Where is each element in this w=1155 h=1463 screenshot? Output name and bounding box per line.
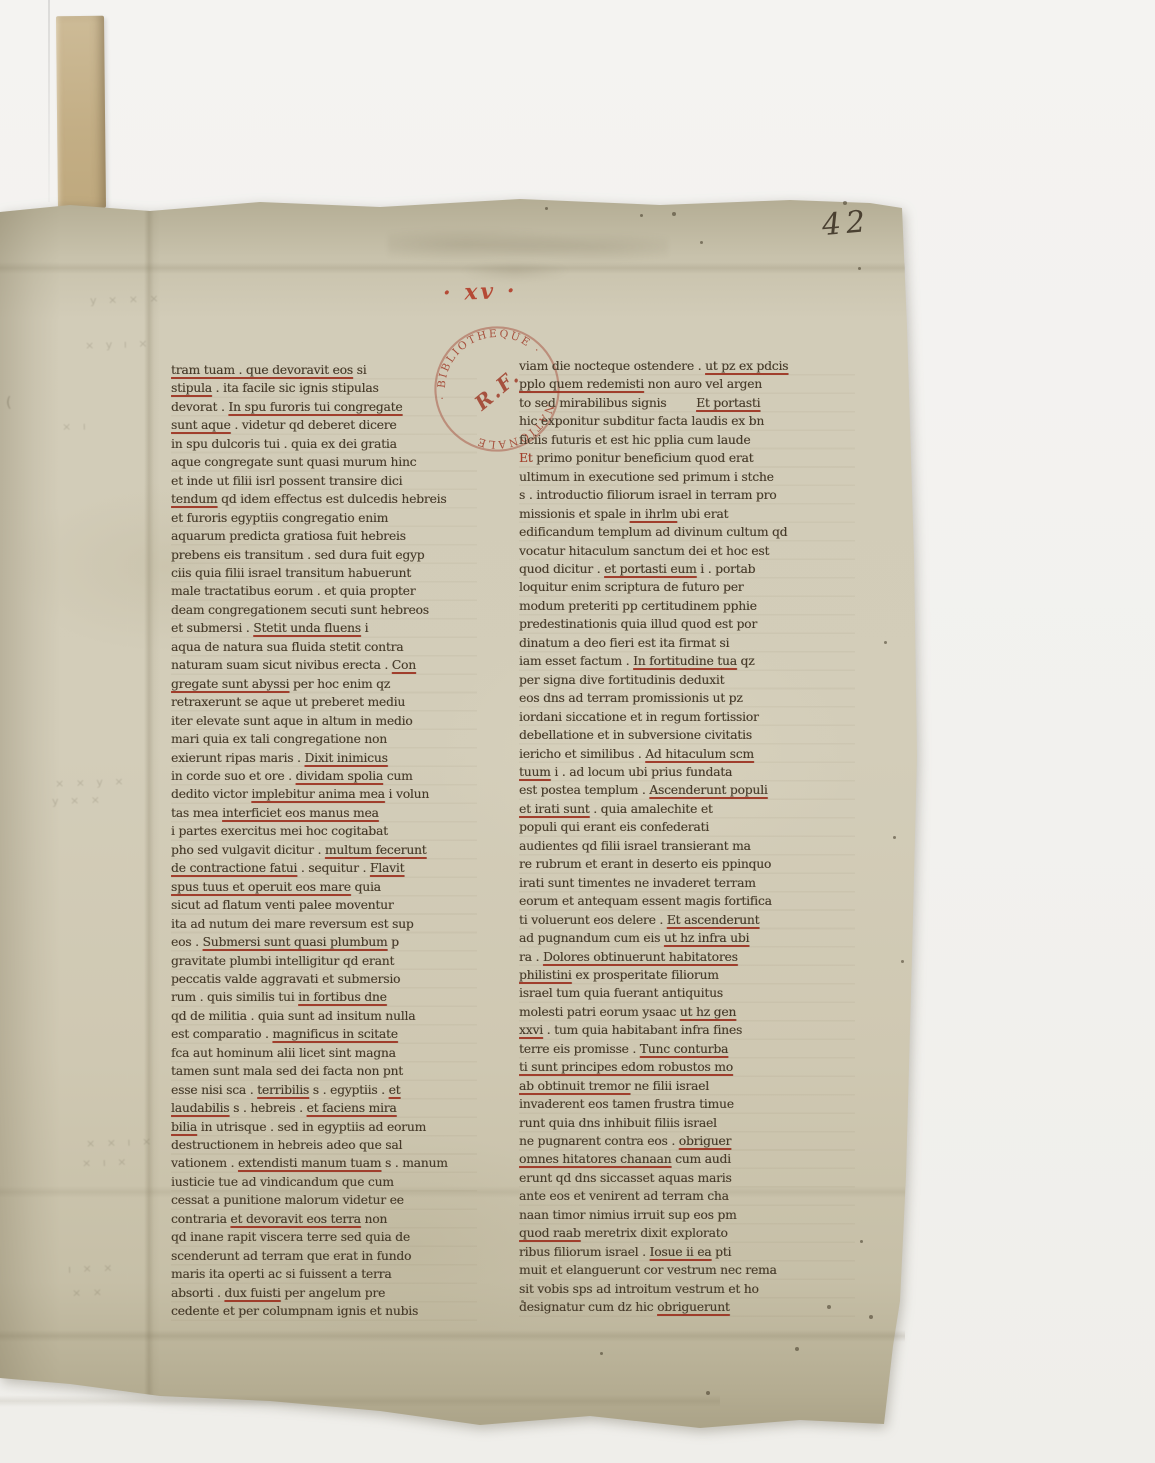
manuscript-line: sit vobis sps ad introitum vestrum et ho xyxy=(519,1280,855,1298)
script-text: ciis quia filii israel transitum habueru… xyxy=(171,566,411,580)
manuscript-line: xxvi . tum quia habitabant infra fines xyxy=(519,1021,855,1039)
script-text: eorum et antequam essent magis fortifica xyxy=(519,894,772,908)
script-text: israel tum quia fuerant antiquitus xyxy=(519,986,723,1000)
manuscript-line: aquarum predicta gratiosa fuit hebreis xyxy=(171,527,477,545)
lemma-underlined: Con xyxy=(392,658,416,672)
manuscript-line: qd inane rapit viscera terre sed quia de xyxy=(171,1228,477,1246)
script-text: hic exponitur subditur facta laudis ex b… xyxy=(519,414,764,428)
ink-speck xyxy=(521,1300,524,1303)
script-text: absorti . xyxy=(171,1286,224,1300)
lemma-underlined: et faciens mira xyxy=(307,1101,397,1115)
manuscript-line: aqua de natura sua fluida stetit contra xyxy=(171,638,477,656)
manuscript-line: sunt aque . videtur qd deberet dicere xyxy=(171,416,477,434)
script-text: per hoc enim qz xyxy=(289,677,390,691)
manuscript-line: ti voluerunt eos delere . Et ascenderunt xyxy=(519,911,855,929)
margin-offset-mark: × ı × xyxy=(82,1155,131,1170)
manuscript-line: predestinationis quia illud quod est por xyxy=(519,615,855,633)
margin-offset-mark: ( xyxy=(6,395,16,411)
script-text: s . egyptiis . xyxy=(309,1083,389,1097)
manuscript-line: ad pugnandum cum eis ut hz infra ubi xyxy=(519,929,855,947)
script-text: modum preteriti pp certitudinem pphie xyxy=(519,599,757,613)
manuscript-line: populi qui erant eis confederati xyxy=(519,818,855,836)
ink-speck xyxy=(700,241,703,244)
manuscript-line: laudabilis s . hebreis . et faciens mira xyxy=(171,1099,477,1117)
script-text: in corde suo et ore . xyxy=(171,769,296,783)
manuscript-line: erunt qd dns siccasset aquas maris xyxy=(519,1169,855,1187)
script-text: cessat a punitione malorum videtur ee xyxy=(171,1193,404,1207)
manuscript-line: dinatum a deo fieri est ita firmat si xyxy=(519,634,855,652)
lemma-underlined: de contractione fatui xyxy=(171,861,297,875)
script-text: destructionem in hebreis adeo que sal xyxy=(171,1138,402,1152)
script-text: i volun xyxy=(385,787,429,801)
script-text: per angelum pre xyxy=(281,1286,386,1300)
manuscript-line: in corde suo et ore . dividam spolia cum xyxy=(171,767,477,785)
manuscript-line: iericho et similibus . Ad hitaculum scm xyxy=(519,745,855,763)
manuscript-line: terre eis promisse . Tunc conturba xyxy=(519,1040,855,1058)
script-text: i partes exercitus mei hoc cogitabat xyxy=(171,824,388,838)
script-text: ribus filiorum israel . xyxy=(519,1245,650,1259)
script-text: pti xyxy=(711,1245,731,1259)
script-text: deam congregationem secuti sunt hebreos xyxy=(171,603,429,617)
manuscript-line: quod raab meretrix dixit explorato xyxy=(519,1224,855,1242)
script-text: viam die nocteque ostendere . xyxy=(519,359,705,373)
text-column-left: tram tuam . que devoravit eos sistipula … xyxy=(171,361,477,1323)
manuscript-line: gregate sunt abyssi per hoc enim qz xyxy=(171,675,477,693)
lemma-underlined: tuum xyxy=(519,765,551,779)
manuscript-line: vationem . extendisti manum tuam s . man… xyxy=(171,1154,477,1172)
manuscript-line: runt quia dns inhibuit filiis israel xyxy=(519,1114,855,1132)
manuscript-line: ti sunt principes edom robustos mo xyxy=(519,1058,855,1076)
manuscript-line: et submersi . Stetit unda fluens i xyxy=(171,619,477,637)
manuscript-line: s . introductio filiorum israel in terra… xyxy=(519,486,855,504)
script-text: . quia amalechite et xyxy=(590,802,713,816)
lemma-underlined: philistini xyxy=(519,968,572,982)
script-text: primo ponitur beneficium quod erat xyxy=(533,451,754,465)
lemma-underlined: in fortibus dne xyxy=(298,990,387,1004)
ink-speck xyxy=(827,1305,831,1309)
script-text: predestinationis quia illud quod est por xyxy=(519,617,757,631)
lemma-underlined: Tunc conturba xyxy=(640,1042,728,1056)
manuscript-line: iusticie tue ad vindicandum que cum xyxy=(171,1173,477,1191)
manuscript-line: tas mea interficiet eos manus mea xyxy=(171,804,477,822)
manuscript-line: ne pugnarent contra eos . obriguer xyxy=(519,1132,855,1150)
lemma-underlined: In fortitudine tua xyxy=(633,654,737,668)
manuscript-line: audientes qd filii israel transierant ma xyxy=(519,837,855,855)
manuscript-line: naturam suam sicut nivibus erecta . Con xyxy=(171,656,477,674)
script-text: molesti patri eorum ysaac xyxy=(519,1005,680,1019)
lemma-underlined: xxvi xyxy=(519,1023,543,1037)
script-text: non xyxy=(361,1212,387,1226)
ink-speck xyxy=(901,960,904,963)
script-text: in utrisque . sed in egyptiis ad eorum xyxy=(197,1120,426,1134)
script-text: si xyxy=(353,363,367,377)
manuscript-line: muit et elanguerunt cor vestrum nec rema xyxy=(519,1261,855,1279)
manuscript-scan-page: 42 · xv · · BIBLIOTHEQUE · NATIONALE R.F… xyxy=(0,0,1155,1463)
horizontal-crease xyxy=(0,1395,720,1407)
manuscript-line: eos . Submersi sunt quasi plumbum p xyxy=(171,933,477,951)
manuscript-line: esse nisi sca . terribilis s . egyptiis … xyxy=(171,1081,477,1099)
script-text: missionis et spale xyxy=(519,507,630,521)
manuscript-line: vocatur hitaculum sanctum dei et hoc est xyxy=(519,542,855,560)
script-text: aque congregate sunt quasi murum hinc xyxy=(171,455,416,469)
ink-speck xyxy=(640,214,643,217)
manuscript-line: re rubrum et erant in deserto eis ppinqu… xyxy=(519,855,855,873)
ink-speck xyxy=(869,1315,873,1319)
script-text: terre eis promisse . xyxy=(519,1042,640,1056)
script-text: vationem . xyxy=(171,1156,238,1170)
script-text: erunt qd dns siccasset aquas maris xyxy=(519,1171,732,1185)
script-text: scenderunt ad terram que erat in fundo xyxy=(171,1249,411,1263)
script-text: ficiis futuris et est hic pplia cum laud… xyxy=(519,433,750,447)
ink-speck xyxy=(860,1240,863,1243)
lemma-underlined: Stetit unda fluens xyxy=(253,621,361,635)
manuscript-line: ficiis futuris et est hic pplia cum laud… xyxy=(519,431,855,449)
script-text: naturam suam sicut nivibus erecta . xyxy=(171,658,392,672)
manuscript-line: ribus filiorum israel . Iosue ii ea pti xyxy=(519,1243,855,1261)
manuscript-line: pho sed vulgavit dicitur . multum feceru… xyxy=(171,841,477,859)
margin-offset-mark: × × xyxy=(72,1285,106,1299)
manuscript-line: in spu dulcoris tui . quia ex dei gratia xyxy=(171,435,477,453)
script-text: loquitur enim scriptura de futuro per xyxy=(519,580,743,594)
manuscript-line: cessat a punitione malorum videtur ee xyxy=(171,1191,477,1209)
manuscript-line: ciis quia filii israel transitum habueru… xyxy=(171,564,477,582)
lemma-underlined: terribilis xyxy=(257,1083,309,1097)
manuscript-line: molesti patri eorum ysaac ut hz gen xyxy=(519,1003,855,1021)
margin-offset-mark: × ı xyxy=(62,420,90,434)
script-text: qd inane rapit viscera terre sed quia de xyxy=(171,1230,410,1244)
script-text: aqua de natura sua fluida stetit contra xyxy=(171,640,403,654)
manuscript-line: iordani siccatione et in regum fortissio… xyxy=(519,708,855,726)
manuscript-line: male tractatibus eorum . et quia propter xyxy=(171,582,477,600)
manuscript-line: hic exponitur subditur facta laudis ex b… xyxy=(519,412,855,430)
script-text: in spu dulcoris tui . quia ex dei gratia xyxy=(171,437,397,451)
lemma-underlined: Iosue ii ea xyxy=(650,1245,712,1259)
script-text: qd idem effectus est dulcedis hebreis xyxy=(217,492,446,506)
manuscript-line: tendum qd idem effectus est dulcedis heb… xyxy=(171,490,477,508)
manuscript-line: est postea templum . Ascenderunt populi xyxy=(519,781,855,799)
script-text: . videtur qd deberet dicere xyxy=(231,418,397,432)
text-column-right: viam die nocteque ostendere . ut pz ex p… xyxy=(519,357,855,1323)
ink-speck xyxy=(893,836,896,839)
script-text: ultimum in executione sed primum i stche xyxy=(519,470,774,484)
script-text: contraria xyxy=(171,1212,230,1226)
manuscript-line: quod dicitur . et portasti eum i . porta… xyxy=(519,560,855,578)
script-text: meretrix dixit explorato xyxy=(581,1226,728,1240)
script-text: rum . quis similis tui xyxy=(171,990,298,1004)
script-text: irati sunt timentes ne invaderet terram xyxy=(519,876,756,890)
lemma-underlined: dividam spolia xyxy=(296,769,383,783)
script-text: cedente et per columpnam ignis et nubis xyxy=(171,1304,418,1318)
lemma-underlined: et devoravit eos terra xyxy=(230,1212,360,1226)
manuscript-line: rum . quis similis tui in fortibus dne xyxy=(171,988,477,1006)
lemma-underlined: obriguerunt xyxy=(657,1300,730,1314)
chapter-numeral-rubric: · xv · xyxy=(443,278,518,307)
script-text: peccatis valde aggravati et submersio xyxy=(171,972,400,986)
margin-offset-mark: ı × × xyxy=(68,1261,117,1276)
script-text: ra . xyxy=(519,950,543,964)
manuscript-line: tram tuam . que devoravit eos si xyxy=(171,361,477,379)
ink-speck xyxy=(795,1347,799,1351)
manuscript-line: israel tum quia fuerant antiquitus xyxy=(519,984,855,1002)
manuscript-line: to sed mirabilibus signis Et portasti xyxy=(519,394,855,412)
script-text: p xyxy=(387,935,398,949)
manuscript-line: spus tuus et operuit eos mare quia xyxy=(171,878,477,896)
lemma-underlined: et xyxy=(389,1083,401,1097)
lemma-underlined: et portasti eum xyxy=(604,562,697,576)
folio-number: 42 xyxy=(821,204,872,243)
manuscript-line: missionis et spale in ihrlm ubi erat xyxy=(519,505,855,523)
manuscript-line: edificandum templum ad divinum cultum qd xyxy=(519,523,855,541)
lemma-underlined: obriguer xyxy=(679,1134,731,1148)
script-text: runt quia dns inhibuit filiis israel xyxy=(519,1116,717,1130)
script-text: edificandum templum ad divinum cultum qd xyxy=(519,525,787,539)
script-text: maris ita operti ac si fuissent a terra xyxy=(171,1267,391,1281)
manuscript-line: sicut ad flatum venti palee moventur xyxy=(171,896,477,914)
manuscript-line: absorti . dux fuisti per angelum pre xyxy=(171,1284,477,1302)
lemma-underlined: magnificus in scitate xyxy=(272,1027,397,1041)
script-text: ne pugnarent contra eos . xyxy=(519,1134,679,1148)
script-text: s . hebreis . xyxy=(229,1101,306,1115)
script-text: debellatione et in subversione civitatis xyxy=(519,728,752,742)
manuscript-line: irati sunt timentes ne invaderet terram xyxy=(519,874,855,892)
lemma-underlined: ut hz infra ubi xyxy=(664,931,749,945)
ink-speck xyxy=(600,1352,603,1355)
script-text: i . portab xyxy=(697,562,756,576)
script-text: prebens eis transitum . sed dura fuit eg… xyxy=(171,548,424,562)
script-text: est postea templum . xyxy=(519,783,649,797)
manuscript-line: scenderunt ad terram que erat in fundo xyxy=(171,1247,477,1265)
manuscript-line: eorum et antequam essent magis fortifica xyxy=(519,892,855,910)
script-text: ti voluerunt eos delere . xyxy=(519,913,667,927)
script-text: i . ad locum ubi prius fundata xyxy=(551,765,733,779)
script-text: qd de militia . quia sunt ad insitum nul… xyxy=(171,1009,415,1023)
script-text: . tum quia habitabant infra fines xyxy=(543,1023,742,1037)
script-text: cum audi xyxy=(671,1152,731,1166)
stamp-center-text: R.F. xyxy=(469,364,525,416)
lemma-underlined: tendum xyxy=(171,492,217,506)
manuscript-line: stipula . ita facile sic ignis stipulas xyxy=(171,379,477,397)
script-text: . sequitur . xyxy=(297,861,370,875)
manuscript-line: de contractione fatui . sequitur . Flavi… xyxy=(171,859,477,877)
lemma-underlined: pplo quem redemisti xyxy=(519,377,644,391)
script-text: et submersi . xyxy=(171,621,253,635)
script-text: et furoris egyptiis congregatio enim xyxy=(171,511,388,525)
script-text: per signa dive fortitudinis deduxit xyxy=(519,673,724,687)
margin-offset-mark: × y ı × xyxy=(85,337,152,352)
lemma-underlined: interficiet eos manus mea xyxy=(222,806,379,820)
manuscript-line: i partes exercitus mei hoc cogitabat xyxy=(171,822,477,840)
script-text: invaderent eos tamen frustra timue xyxy=(519,1097,734,1111)
script-text: ante eos et venirent ad terram cha xyxy=(519,1189,729,1203)
ink-speck xyxy=(858,267,861,270)
lemma-underlined: Ascenderunt populi xyxy=(649,783,767,797)
script-text: esse nisi sca . xyxy=(171,1083,257,1097)
script-text: dinatum a deo fieri est ita firmat si xyxy=(519,636,729,650)
manuscript-line: iter elevate sunt aque in altum in medio xyxy=(171,712,477,730)
script-text: exierunt ripas maris . xyxy=(171,751,304,765)
script-text: retraxerunt se aque ut preberet mediu xyxy=(171,695,405,709)
manuscript-line: dedito victor implebitur anima mea i vol… xyxy=(171,785,477,803)
script-text: non auro vel argen xyxy=(644,377,762,391)
script-text: iordani siccatione et in regum fortissio… xyxy=(519,710,759,724)
manuscript-line: exierunt ripas maris . Dixit inimicus xyxy=(171,749,477,767)
script-text: i xyxy=(361,621,368,635)
manuscript-line: ab obtinuit tremor ne filii israel xyxy=(519,1077,855,1095)
lemma-underlined: laudabilis xyxy=(171,1101,229,1115)
script-text: s . manum xyxy=(381,1156,447,1170)
ink-speck xyxy=(672,212,676,216)
script-text: muit et elanguerunt cor vestrum nec rema xyxy=(519,1263,777,1277)
manuscript-line: qd de militia . quia sunt ad insitum nul… xyxy=(171,1007,477,1025)
manuscript-line: debellatione et in subversione civitatis xyxy=(519,726,855,744)
script-text: qz xyxy=(737,654,755,668)
script-text: vocatur hitaculum sanctum dei et hoc est xyxy=(519,544,769,558)
script-text: devorat . xyxy=(171,400,228,414)
script-text: ita ad nutum dei mare reversum est sup xyxy=(171,917,414,931)
manuscript-line: Et primo ponitur beneficium quod erat xyxy=(519,449,855,467)
lemma-underlined: Flavit xyxy=(370,861,404,875)
parchment-guard-tab xyxy=(56,16,106,208)
manuscript-line: devorat . In spu furoris tui congregate xyxy=(171,398,477,416)
manuscript-line: et irati sunt . quia amalechite et xyxy=(519,800,855,818)
script-text: ad pugnandum cum eis xyxy=(519,931,664,945)
lemma-underlined: In spu furoris tui congregate xyxy=(228,400,402,414)
lemma-underlined: in ihrlm xyxy=(630,507,678,521)
lemma-underlined: bilia xyxy=(171,1120,197,1134)
manuscript-line: ita ad nutum dei mare reversum est sup xyxy=(171,915,477,933)
script-text: designatur cum dz hic xyxy=(519,1300,657,1314)
manuscript-line: tamen sunt mala sed dei facta non pnt xyxy=(171,1062,477,1080)
manuscript-line: loquitur enim scriptura de futuro per xyxy=(519,578,855,596)
lemma-underlined: gregate sunt abyssi xyxy=(171,677,289,691)
manuscript-line: ra . Dolores obtinuerunt habitatores xyxy=(519,948,855,966)
script-text: mari quia ex tali congregatione non xyxy=(171,732,387,746)
lemma-underlined: et irati sunt xyxy=(519,802,590,816)
lemma-underlined: sunt aque xyxy=(171,418,231,432)
script-text: naan timor nimius irruit sup eos pm xyxy=(519,1208,737,1222)
manuscript-line: modum preteriti pp certitudinem pphie xyxy=(519,597,855,615)
manuscript-line: tuum i . ad locum ubi prius fundata xyxy=(519,763,855,781)
script-text: dedito victor xyxy=(171,787,251,801)
script-text: s . introductio filiorum israel in terra… xyxy=(519,488,776,502)
manuscript-line: destructionem in hebreis adeo que sal xyxy=(171,1136,477,1154)
lemma-underlined: ut hz gen xyxy=(680,1005,736,1019)
script-text: populi qui erant eis confederati xyxy=(519,820,709,834)
lemma-underlined: quod raab xyxy=(519,1226,581,1240)
lemma-underlined: spus tuus et operuit eos mare xyxy=(171,880,351,894)
manuscript-line: et inde ut filii isrl possent transire d… xyxy=(171,472,477,490)
lemma-underlined: Ad hitaculum scm xyxy=(645,747,754,761)
manuscript-line: et furoris egyptiis congregatio enim xyxy=(171,509,477,527)
script-text: gravitate plumbi intelligitur qd erant xyxy=(171,954,394,968)
ink-speck xyxy=(706,1391,710,1395)
lemma-underlined: dux fuisti xyxy=(224,1286,280,1300)
ink-speck xyxy=(884,641,887,644)
lemma-underlined: Et portasti xyxy=(696,396,760,410)
script-text: et inde ut filii isrl possent transire d… xyxy=(171,474,402,488)
manuscript-line: retraxerunt se aque ut preberet mediu xyxy=(171,693,477,711)
manuscript-line: viam die nocteque ostendere . ut pz ex p… xyxy=(519,357,855,375)
script-text: ex prosperitate filiorum xyxy=(572,968,719,982)
lemma-underlined: ut pz ex pdcis xyxy=(705,359,788,373)
script-text: to sed mirabilibus signis xyxy=(519,396,696,410)
lemma-underlined: Et ascenderunt xyxy=(667,913,760,927)
manuscript-line: philistini ex prosperitate filiorum xyxy=(519,966,855,984)
script-text: iam esset factum . xyxy=(519,654,633,668)
script-text: quia xyxy=(351,880,381,894)
script-text: tamen sunt mala sed dei facta non pnt xyxy=(171,1064,403,1078)
script-text: audientes qd filii israel transierant ma xyxy=(519,839,751,853)
manuscript-line: invaderent eos tamen frustra timue xyxy=(519,1095,855,1113)
margin-offset-mark: × × y × xyxy=(55,775,128,791)
manuscript-line: ultimum in executione sed primum i stche xyxy=(519,468,855,486)
manuscript-line: aque congregate sunt quasi murum hinc xyxy=(171,453,477,471)
script-text: male tractatibus eorum . et quia propter xyxy=(171,584,415,598)
manuscript-line: est comparatio . magnificus in scitate xyxy=(171,1025,477,1043)
ink-speck xyxy=(545,207,548,210)
script-text: ne filii israel xyxy=(630,1079,709,1093)
ink-speck xyxy=(843,201,847,205)
script-text: pho sed vulgavit dicitur . xyxy=(171,843,325,857)
manuscript-line: fca aut hominum alii licet sint magna xyxy=(171,1044,477,1062)
manuscript-line: pplo quem redemisti non auro vel argen xyxy=(519,375,855,393)
script-text: aquarum predicta gratiosa fuit hebreis xyxy=(171,529,406,543)
lemma-underlined: multum fecerunt xyxy=(325,843,427,857)
script-text: quod dicitur . xyxy=(519,562,604,576)
lemma-underlined: tram tuam . que devoravit eos xyxy=(171,363,353,377)
manuscript-line: maris ita operti ac si fuissent a terra xyxy=(171,1265,477,1283)
manuscript-line: designatur cum dz hic obriguerunt xyxy=(519,1298,855,1316)
manuscript-line: contraria et devoravit eos terra non xyxy=(171,1210,477,1228)
script-text: cum xyxy=(383,769,413,783)
script-text: fca aut hominum alii licet sint magna xyxy=(171,1046,396,1060)
script-text: tas mea xyxy=(171,806,222,820)
script-text: re rubrum et erant in deserto eis ppinqu… xyxy=(519,857,771,871)
script-text: iericho et similibus . xyxy=(519,747,645,761)
underlying-page-edge xyxy=(48,0,50,202)
lemma-underlined: extendisti manum tuam xyxy=(238,1156,381,1170)
manuscript-line: iam esset factum . In fortitudine tua qz xyxy=(519,652,855,670)
manuscript-line: per signa dive fortitudinis deduxit xyxy=(519,671,855,689)
manuscript-line: ante eos et venirent ad terram cha xyxy=(519,1187,855,1205)
manuscript-line: bilia in utrisque . sed in egyptiis ad e… xyxy=(171,1118,477,1136)
manuscript-line: naan timor nimius irruit sup eos pm xyxy=(519,1206,855,1224)
script-text: iter elevate sunt aque in altum in medio xyxy=(171,714,413,728)
script-text: . ita facile sic ignis stipulas xyxy=(212,381,379,395)
lemma-underlined: implebitur anima mea xyxy=(251,787,384,801)
lemma-underlined: Dolores obtinuerunt habitatores xyxy=(543,950,738,964)
script-text: eos . xyxy=(171,935,203,949)
script-text: sicut ad flatum venti palee moventur xyxy=(171,898,394,912)
margin-offset-mark: × × ı × xyxy=(86,1135,156,1150)
manuscript-line: deam congregationem secuti sunt hebreos xyxy=(171,601,477,619)
margin-offset-mark: y × × xyxy=(52,793,104,808)
script-text: sit vobis sps ad introitum vestrum et ho xyxy=(519,1282,759,1296)
manuscript-line: mari quia ex tali congregatione non xyxy=(171,730,477,748)
margin-offset-mark: y × × × xyxy=(90,292,163,308)
lemma-underlined: ab obtinuit tremor xyxy=(519,1079,630,1093)
lemma-underlined: stipula xyxy=(171,381,212,395)
horizontal-crease xyxy=(0,1330,905,1342)
lemma-underlined: Submersi sunt quasi plumbum xyxy=(203,935,388,949)
script-text: eos dns ad terram promissionis ut pz xyxy=(519,691,743,705)
manuscript-line: gravitate plumbi intelligitur qd erant xyxy=(171,952,477,970)
lemma-underlined: omnes hitatores chanaan xyxy=(519,1152,671,1166)
script-text: est comparatio . xyxy=(171,1027,272,1041)
manuscript-line: peccatis valde aggravati et submersio xyxy=(171,970,477,988)
script-text: iusticie tue ad vindicandum que cum xyxy=(171,1175,394,1189)
rubric-initial: Et xyxy=(519,451,533,465)
